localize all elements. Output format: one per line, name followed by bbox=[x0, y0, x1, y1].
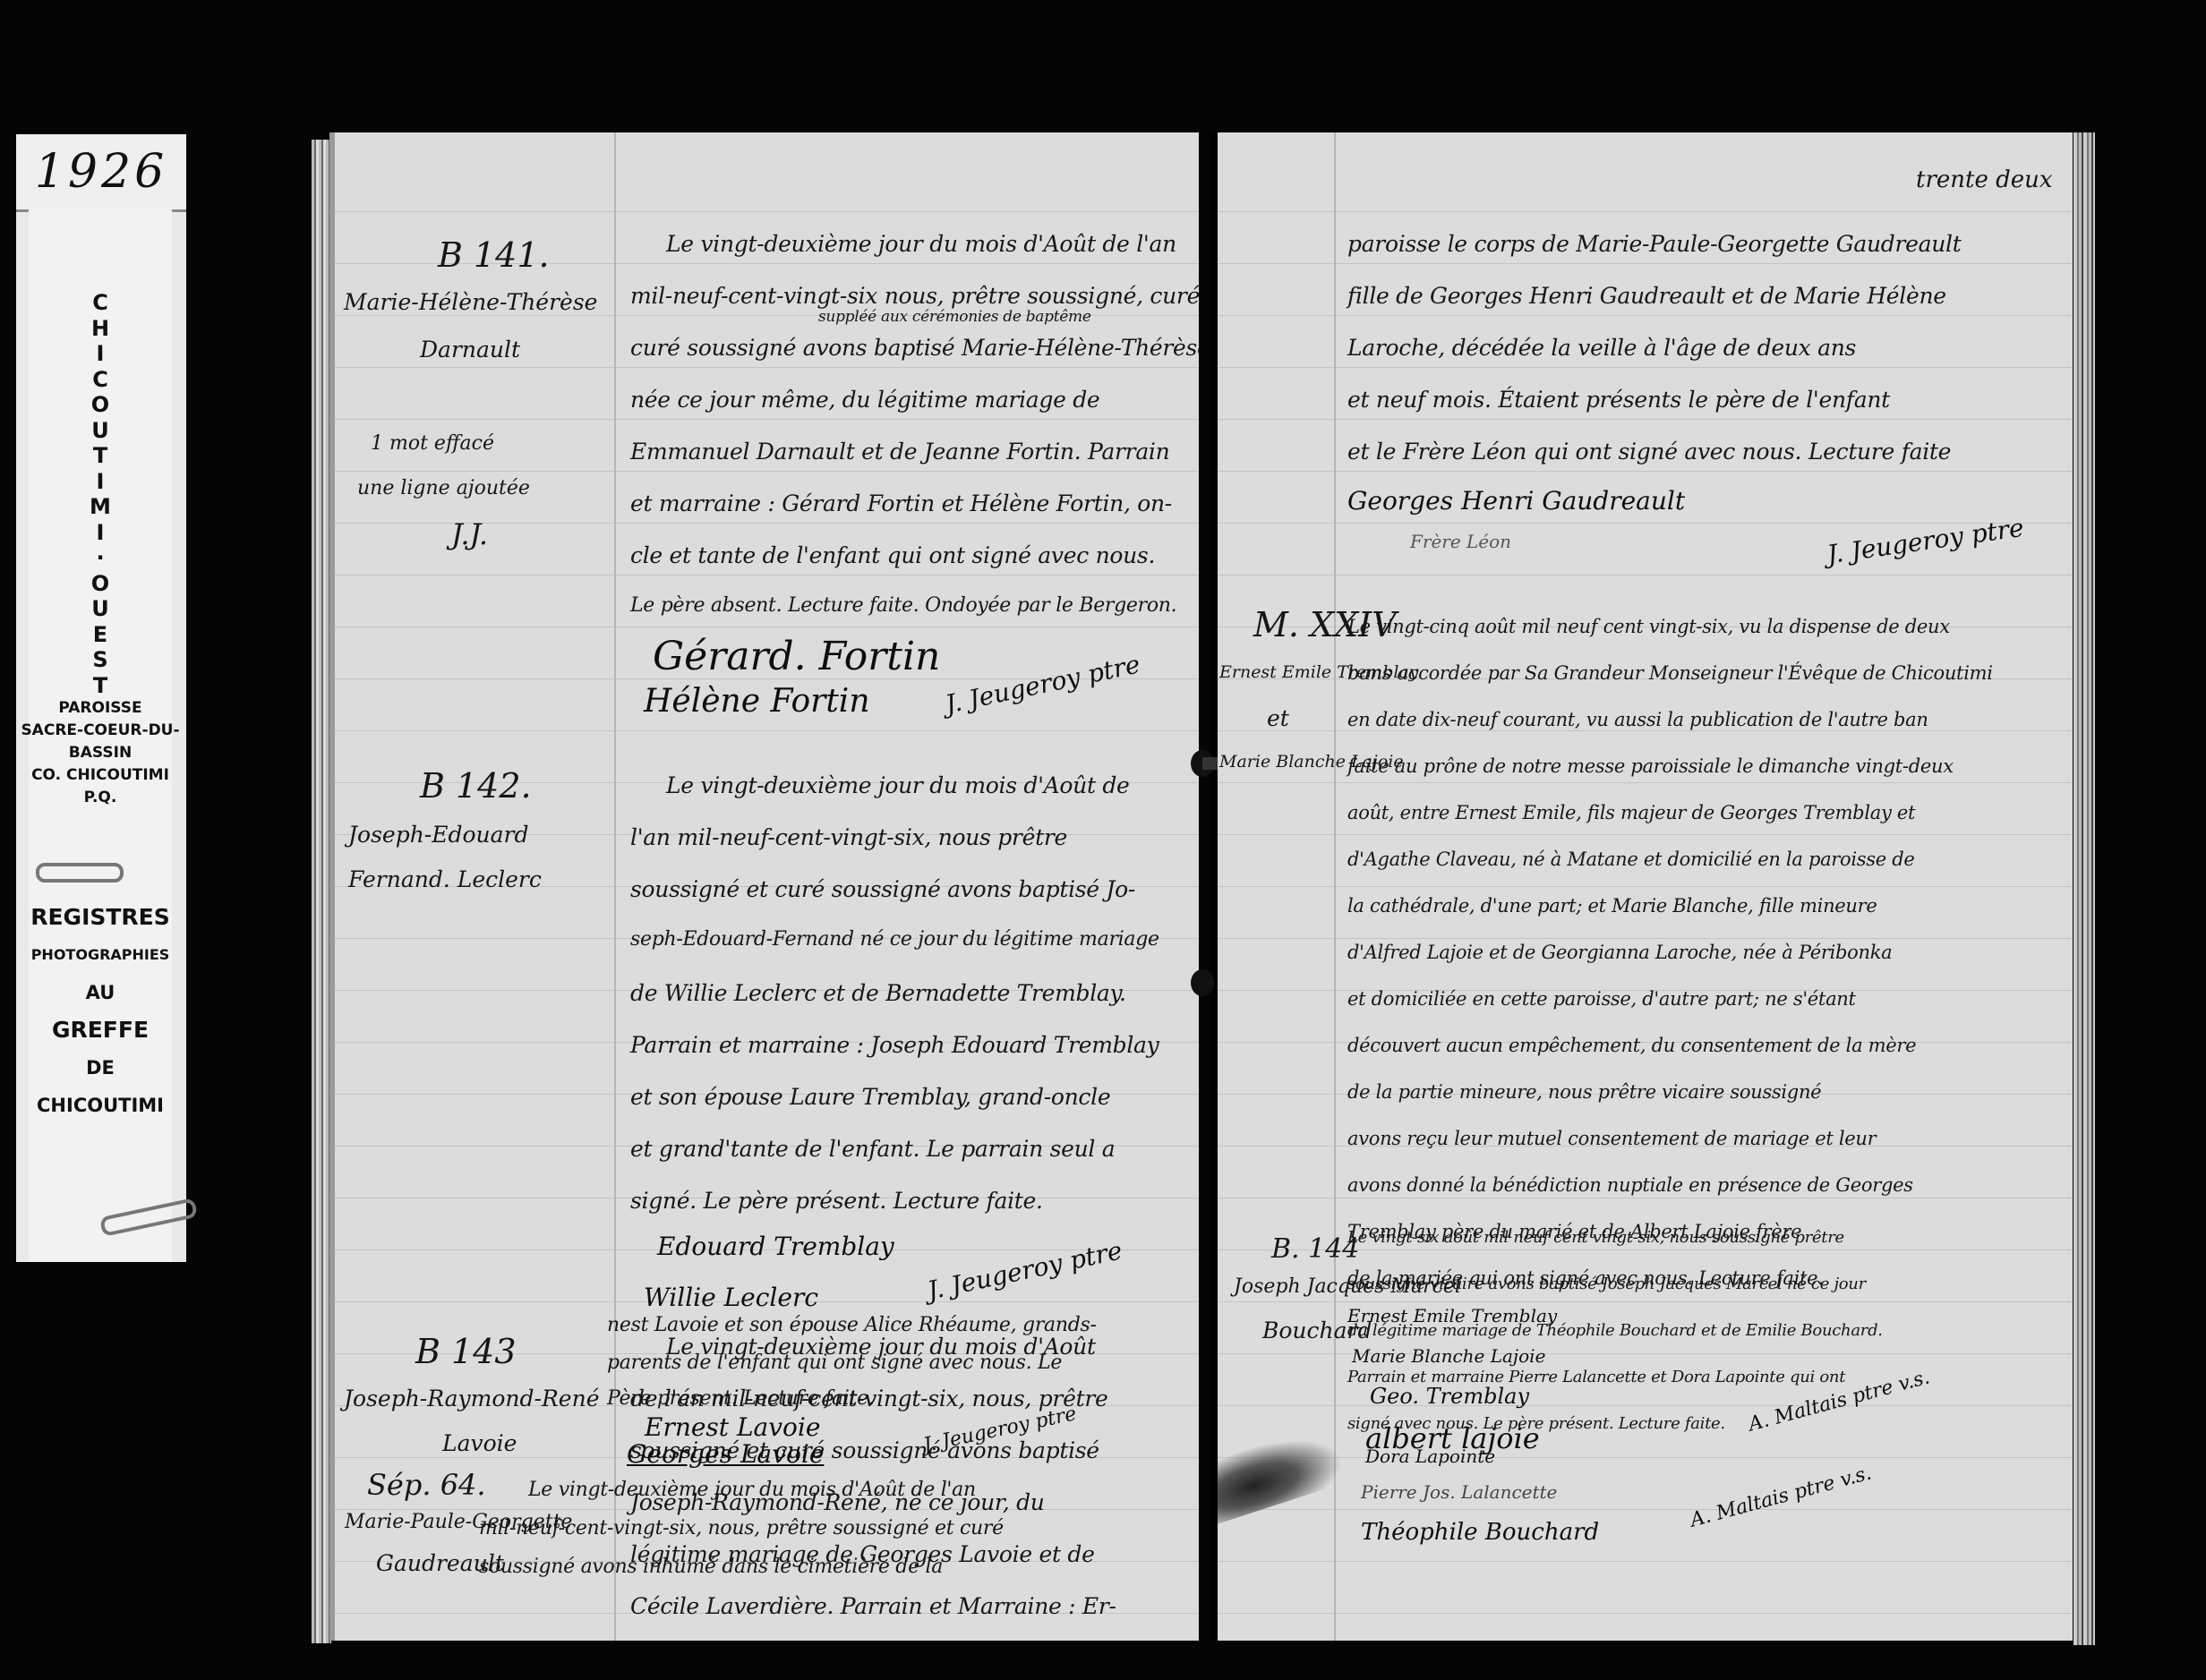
signature: Georges Lavoie bbox=[627, 1439, 824, 1469]
margin-name: Joseph-Edouard bbox=[348, 822, 529, 848]
entry-line: signé. Le père présent. Lecture faite. bbox=[630, 1188, 1043, 1214]
entry-line: en date dix-neuf courant, vu aussi la pu… bbox=[1347, 709, 1928, 730]
margin-name: Lavoie bbox=[442, 1430, 517, 1456]
label-line: P.Q. bbox=[20, 787, 181, 809]
priest-signature: J. Jeugeroy ptre bbox=[943, 649, 1142, 719]
paper-clip-icon bbox=[36, 863, 124, 883]
label-letter: U bbox=[29, 418, 172, 444]
label-archive: REGISTRES PHOTOGRAPHIES AU GREFFE DE CHI… bbox=[20, 899, 181, 1124]
book-gutter bbox=[1210, 132, 1218, 1641]
margin-initials: J.J. bbox=[451, 517, 488, 551]
entry-line: et domiciliée en cette paroisse, d'autre… bbox=[1347, 988, 1856, 1010]
label-line: CO. CHICOUTIMI bbox=[20, 764, 181, 787]
label-letter: E bbox=[29, 622, 172, 648]
entry-line: Le vingt-deuxième jour du mois d'Août de… bbox=[630, 231, 1176, 257]
label-letter: C bbox=[29, 367, 172, 393]
signature: Ernest Lavoie bbox=[645, 1412, 820, 1442]
label-letter: T bbox=[29, 443, 172, 469]
entry-line: l'an mil-neuf-cent-vingt-six, nous prêtr… bbox=[630, 824, 1067, 850]
label-letter: O bbox=[29, 571, 172, 597]
entry-line: Le vingt-cinq août mil neuf cent vingt-s… bbox=[1347, 616, 1950, 637]
entry-line: soussigné et curé soussigné avons baptis… bbox=[630, 876, 1135, 902]
entry-line: née ce jour même, du légitime mariage de bbox=[630, 387, 1099, 413]
label-year: 1926 bbox=[16, 134, 186, 212]
archive-label: 1926 C H I C O U T I M I · O U E S T PAR… bbox=[16, 134, 186, 1262]
entry-line: soussigné avons inhumé dans le cimetière… bbox=[479, 1556, 943, 1578]
entry-line: avons reçu leur mutuel consentement de m… bbox=[1347, 1128, 1876, 1149]
label-letter: I bbox=[29, 520, 172, 546]
entry-line: d'Alfred Lajoie et de Georgianna Laroche… bbox=[1347, 942, 1892, 963]
entry-line: cle et tante de l'enfant qui ont signé a… bbox=[630, 542, 1155, 568]
entry-line: de la partie mineure, nous prêtre vicair… bbox=[1347, 1081, 1821, 1103]
signature: Hélène Fortin bbox=[644, 683, 870, 720]
margin-name: Marie-Hélène-Thérèse bbox=[344, 289, 597, 315]
margin-rule bbox=[614, 132, 616, 1641]
entry-line: Emmanuel Darnault et de Jeanne Fortin. P… bbox=[630, 439, 1169, 465]
page-stack-right bbox=[2073, 132, 2095, 1645]
label-letter: O bbox=[29, 392, 172, 418]
margin-name: Fernand. Leclerc bbox=[348, 866, 542, 892]
entry-line: d'Agathe Claveau, né à Matane et domicil… bbox=[1347, 849, 1915, 870]
label-line: CHICOUTIMI bbox=[20, 1087, 181, 1124]
entry-line: mil-neuf-cent-vingt-six, nous, prêtre so… bbox=[479, 1517, 1004, 1539]
label-line: DE bbox=[20, 1049, 181, 1087]
entry-line: nest Lavoie et son épouse Alice Rhéaume,… bbox=[607, 1314, 1097, 1336]
act-number: B 143 bbox=[415, 1332, 517, 1371]
priest-signature: J. Jeugeroy ptre bbox=[925, 1235, 1124, 1305]
signature: Willie Leclerc bbox=[644, 1283, 818, 1312]
priest-signature: J. Jeugeroy ptre bbox=[1826, 513, 2026, 569]
margin-name: Joseph-Raymond-René bbox=[344, 1386, 600, 1411]
paper-clip-icon bbox=[99, 1198, 198, 1237]
entry-line: curé soussigné avons baptisé Marie-Hélèn… bbox=[630, 335, 1199, 361]
label-parish: PAROISSE SACRE-COEUR-DU- BASSIN CO. CHIC… bbox=[20, 697, 181, 809]
signature: Gérard. Fortin bbox=[653, 634, 940, 679]
page-stack-left bbox=[312, 140, 331, 1643]
label-line: REGISTRES bbox=[20, 899, 181, 936]
entry-line: parents de l'enfant qui ont signé avec n… bbox=[607, 1352, 1062, 1374]
label-letter: · bbox=[29, 545, 172, 571]
entry-line: août, entre Ernest Emile, fils majeur de… bbox=[1347, 802, 1915, 823]
entry-line: et grand'tante de l'enfant. Le parrain s… bbox=[630, 1136, 1115, 1162]
entry-line: paroisse le corps de Marie-Paule-Georget… bbox=[1347, 231, 1961, 257]
margin-note: 1 mot effacé bbox=[371, 432, 494, 455]
entry-line: et le Frère Léon qui ont signé avec nous… bbox=[1347, 439, 1951, 465]
label-vertical-text: C H I C O U T I M I · O U E S T bbox=[29, 290, 172, 698]
signature: Dora Lapointe bbox=[1365, 1445, 1495, 1467]
margin-name: et bbox=[1267, 705, 1289, 731]
label-line: SACRE-COEUR-DU- bbox=[20, 720, 181, 742]
signature: Marie Blanche Lajoie bbox=[1352, 1345, 1545, 1367]
margin-rule bbox=[1334, 132, 1336, 1641]
label-letter: T bbox=[29, 673, 172, 699]
margin-note: une ligne ajoutée bbox=[357, 477, 530, 499]
entry-line: mil-neuf-cent-vingt-six nous, prêtre sou… bbox=[630, 283, 1199, 309]
binding-ring-icon bbox=[1191, 969, 1214, 996]
entry-line: la cathédrale, d'une part; et Marie Blan… bbox=[1347, 895, 1877, 917]
label-letter: S bbox=[29, 647, 172, 673]
signature: Frère Léon bbox=[1410, 531, 1511, 552]
entry-line: Cécile Laverdière. Parrain et Marraine :… bbox=[630, 1593, 1116, 1619]
label-line: PHOTOGRAPHIES bbox=[20, 936, 181, 974]
signature: Edouard Tremblay bbox=[657, 1232, 894, 1261]
entry-line: soussigné vicaire avons baptisé Joseph J… bbox=[1347, 1275, 1866, 1293]
entry-line: Parrain et marraine Pierre Lalancette et… bbox=[1347, 1368, 1845, 1386]
entry-line: faite au prône de notre messe paroissial… bbox=[1347, 755, 1954, 777]
act-number: Sép. 64. bbox=[367, 1468, 486, 1502]
entry-line: de Willie Leclerc et de Bernadette Tremb… bbox=[630, 980, 1126, 1006]
signature: Georges Henri Gaudreault bbox=[1347, 486, 1685, 516]
signature: Pierre Jos. Lalancette bbox=[1361, 1481, 1557, 1503]
label-letter: U bbox=[29, 596, 172, 622]
page-number-text: trente deux bbox=[1916, 166, 2053, 193]
entry-line: seph-Edouard-Fernand né ce jour du légit… bbox=[630, 928, 1159, 951]
label-letter: I bbox=[29, 469, 172, 495]
entry-line: et marraine : Gérard Fortin et Hélène Fo… bbox=[630, 490, 1172, 516]
entry-line: bans accordée par Sa Grandeur Monseigneu… bbox=[1347, 662, 1993, 684]
entry-line: Père présent. Lecture faite. bbox=[607, 1387, 875, 1410]
entry-line: Le vingt-six août mil neuf cent vingt-si… bbox=[1347, 1228, 1844, 1247]
entry-insertion: suppléé aux cérémonies de baptême bbox=[818, 308, 1091, 326]
entry-line: découvert aucun empêchement, du consente… bbox=[1347, 1035, 1916, 1056]
label-letter: C bbox=[29, 290, 172, 316]
label-line: PAROISSE bbox=[20, 697, 181, 720]
act-number: B 142. bbox=[420, 766, 532, 806]
label-letter: I bbox=[29, 341, 172, 367]
entry-line: du légitime mariage de Théophile Bouchar… bbox=[1347, 1321, 1883, 1340]
label-line: GREFFE bbox=[20, 1011, 181, 1049]
label-line: BASSIN bbox=[20, 742, 181, 764]
label-body: C H I C O U T I M I · O U E S T PAROISSE… bbox=[29, 209, 172, 1262]
entry-line: et son épouse Laure Tremblay, grand-oncl… bbox=[630, 1084, 1110, 1110]
signature: Théophile Bouchard bbox=[1361, 1519, 1599, 1546]
ink-smudge bbox=[1218, 1421, 1349, 1528]
entry-line: Le vingt-deuxième jour du mois d'Août de bbox=[630, 772, 1130, 798]
entry-line: fille de Georges Henri Gaudreault et de … bbox=[1347, 283, 1946, 309]
label-letter: M bbox=[29, 494, 172, 520]
entry-line: signé avec nous. Le père présent. Lectur… bbox=[1347, 1414, 1725, 1433]
entry-line: Parrain et marraine : Joseph Edouard Tre… bbox=[630, 1032, 1159, 1058]
label-line: AU bbox=[20, 974, 181, 1011]
act-number: B. 144 bbox=[1271, 1233, 1359, 1265]
entry-line: Le père absent. Lecture faite. Ondoyée p… bbox=[630, 594, 1176, 617]
act-number: B 141. bbox=[438, 235, 550, 275]
entry-line: Le vingt-deuxième jour du mois d'Août de… bbox=[506, 1479, 976, 1501]
register-book: B 141. Marie-Hélène-Thérèse Darnault 1 m… bbox=[312, 132, 2093, 1645]
entry-line: et neuf mois. Étaient présents le père d… bbox=[1347, 387, 1890, 413]
entry-line: avons donné la bénédiction nuptiale en p… bbox=[1347, 1174, 1913, 1196]
label-letter: H bbox=[29, 316, 172, 342]
margin-name: Darnault bbox=[420, 337, 520, 362]
signature: Geo. Tremblay bbox=[1370, 1384, 1529, 1409]
entry-line: Laroche, décédée la veille à l'âge de de… bbox=[1347, 335, 1856, 361]
